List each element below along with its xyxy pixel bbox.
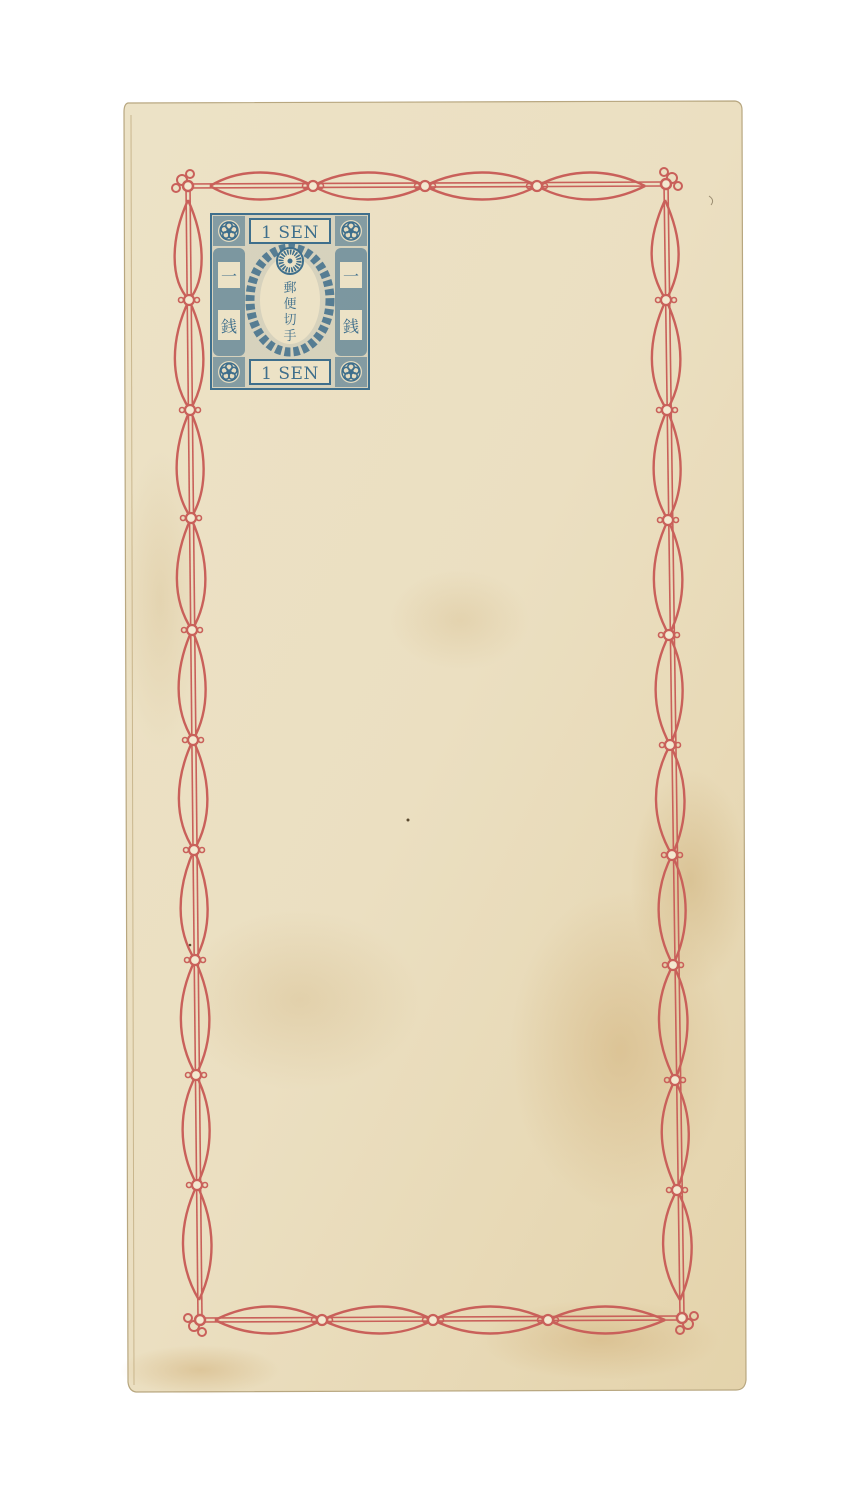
stamp-center-char-4: 手	[283, 329, 296, 344]
stamp-left-numeral: 一	[221, 267, 237, 286]
chrysanthemum-crest-icon	[277, 248, 303, 274]
stamp-center-char-3: 切	[283, 313, 296, 328]
stamp-left-unit: 銭	[221, 317, 237, 336]
printed-stamp: 1 SEN 1 SEN 一 銭 一 銭 郵 便 切 手	[211, 214, 369, 389]
stamp-right-unit: 銭	[343, 317, 359, 336]
stamp-bottom-value: 1 SEN	[261, 364, 319, 384]
stamp-top-value: 1 SEN	[261, 223, 319, 243]
stamp-center-char-1: 郵	[283, 281, 296, 296]
postal-card-scene: 1 SEN 1 SEN 一 銭 一 銭 郵 便 切 手	[0, 0, 851, 1492]
stamp-right-numeral: 一	[343, 267, 359, 286]
stamp-center-char-2: 便	[283, 297, 296, 312]
